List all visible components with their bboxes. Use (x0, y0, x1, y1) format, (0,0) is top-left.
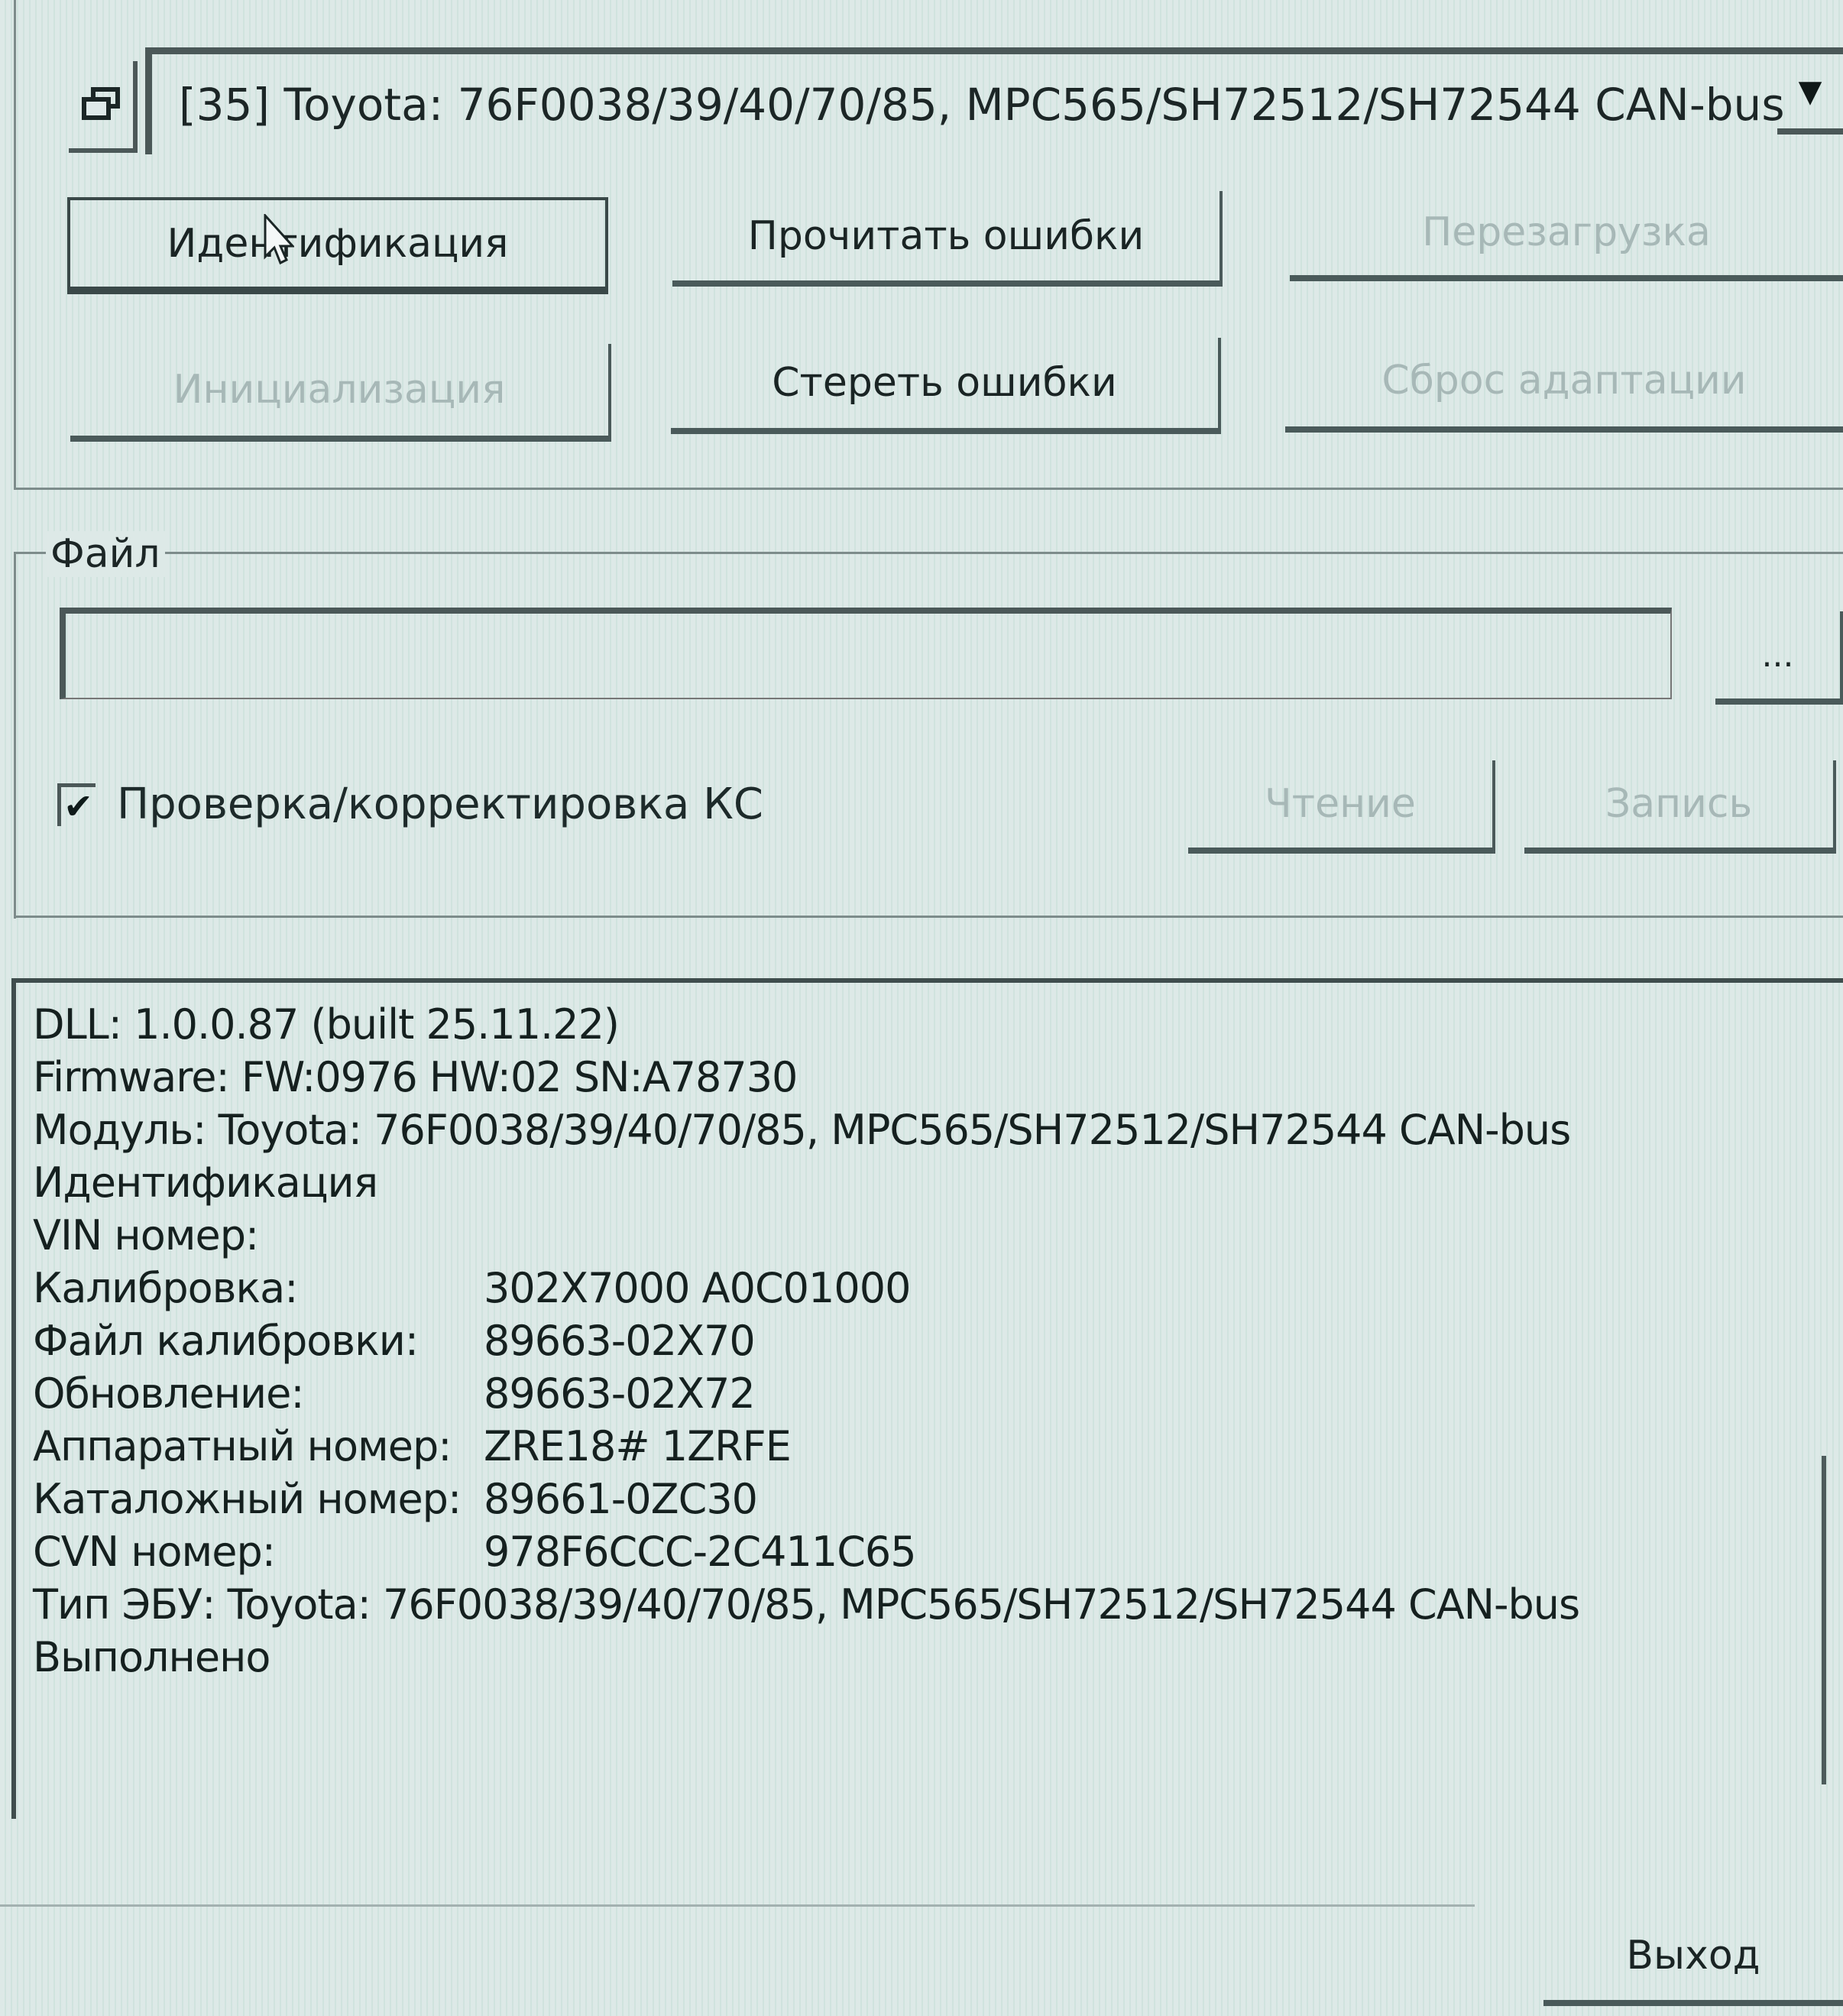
log-scrollbar[interactable] (1822, 1456, 1826, 1784)
log-field-catalog-number: Каталожный номер: 89661-0ZC30 (33, 1473, 1843, 1525)
file-group-left-border (14, 552, 16, 919)
exit-button[interactable]: Выход (1543, 1911, 1843, 2006)
log-status-line: Выполнено (33, 1631, 1843, 1684)
module-select-button[interactable] (69, 61, 138, 153)
log-field-hardware-number: Аппаратный номер: ZRE18# 1ZRFE (33, 1420, 1843, 1473)
reboot-button[interactable]: Перезагрузка (1290, 190, 1843, 281)
read-file-button[interactable]: Чтение (1188, 760, 1495, 854)
browse-file-button[interactable]: ... (1715, 611, 1843, 705)
mouse-cursor-icon (264, 214, 294, 267)
log-line: Firmware: FW:0976 HW:02 SN:A78730 (33, 1051, 1843, 1104)
actions-group-left-border (14, 0, 16, 489)
initialize-button[interactable]: Инициализация (70, 344, 611, 442)
identify-button[interactable]: Идентификация (67, 197, 608, 294)
checksum-label: Проверка/корректировка КС (117, 779, 763, 829)
module-combobox[interactable]: [35] Toyota: 76F0038/39/40/70/85, MPC565… (145, 47, 1843, 154)
file-group-label: Файл (46, 531, 165, 577)
checkbox-checked-icon[interactable]: ✔ (57, 783, 96, 826)
footer-separator (0, 1904, 1475, 1907)
dropdown-arrow-icon[interactable]: ▼ (1777, 54, 1843, 135)
read-errors-button[interactable]: Прочитать ошибки (672, 191, 1223, 287)
file-group-top-border (14, 552, 1843, 554)
file-group-bottom-border (14, 916, 1843, 918)
log-output[interactable]: DLL: 1.0.0.87 (built 25.11.22) Firmware:… (11, 978, 1843, 1819)
log-line: Тип ЭБУ: Toyota: 76F0038/39/40/70/85, MP… (33, 1578, 1843, 1631)
log-field-calibration-file: Файл калибровки: 89663-02X70 (33, 1314, 1843, 1367)
reset-adaptation-button[interactable]: Сброс адаптации (1285, 335, 1843, 433)
log-line: Идентификация (33, 1156, 1843, 1209)
file-path-input[interactable] (60, 608, 1672, 699)
actions-group-bottom-border (14, 488, 1843, 490)
log-line: Модуль: Toyota: 76F0038/39/40/70/85, MPC… (33, 1104, 1843, 1156)
clear-errors-button[interactable]: Стереть ошибки (671, 338, 1221, 434)
window-restore-icon (81, 87, 121, 122)
log-line: VIN номер: (33, 1209, 1843, 1262)
log-field-cvn-number: CVN номер: 978F6CCC-2C411C65 (33, 1525, 1843, 1578)
module-combobox-value: [35] Toyota: 76F0038/39/40/70/85, MPC565… (179, 79, 1785, 131)
log-field-calibration: Калибровка: 302X7000 A0C01000 (33, 1262, 1843, 1314)
ecu-tool-window: [35] Toyota: 76F0038/39/40/70/85, MPC565… (0, 0, 1843, 2016)
log-field-update: Обновление: 89663-02X72 (33, 1367, 1843, 1420)
write-file-button[interactable]: Запись (1524, 760, 1836, 854)
log-line: DLL: 1.0.0.87 (built 25.11.22) (33, 998, 1843, 1051)
checksum-checkbox[interactable]: ✔ Проверка/корректировка КС (57, 779, 763, 829)
